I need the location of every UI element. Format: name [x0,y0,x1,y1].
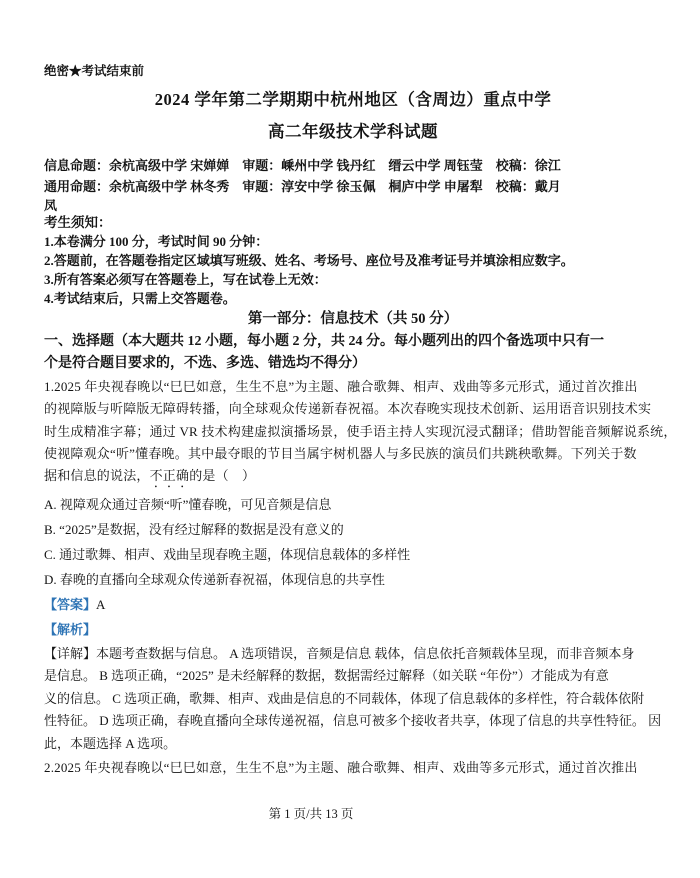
detail-line2: 是信息。 B 选项正确，“2025” 是未经解释的数据，数据需经过解释（如关联 … [44,668,662,683]
question1-emphasis-incorrect: 不正确 [150,468,190,483]
option-c: C. 通过歌舞、相声、戏曲呈现春晚主题，体现信息载体的多样性 [44,547,662,562]
exam-document-page: 绝密★考试结束前 2024 学年第二学期期中杭州地区（含周边）重点中学 高二年级… [0,0,700,878]
detail-line1: 【详解】本题考查数据与信息。 A 选项错误，音频是信息 载体，信息依托音频载体呈… [44,646,662,661]
committee-line-general: 通用命题：余杭高级中学 林冬秀 审题：淳安中学 徐玉佩 桐庐中学 申屠犁 校稿：… [44,179,662,194]
exam-title-line1: 2024 学年第二学期期中杭州地区（含周边）重点中学 [44,92,662,107]
detail-line5: 此，本题选择 A 选项。 [44,736,662,751]
part1-heading: 第一部分：信息技术（共 50 分） [44,312,662,327]
question1-line1: 1.2025 年央视春晚以“巳巳如意，生生不息”为主题、融合歌舞、相声、戏曲等多… [44,379,662,394]
question1-line3: 时生成精准字幕；通过 VR 技术构建虚拟演播场景，使手语主持人实现沉浸式翻译；借… [44,424,662,439]
page-content: 绝密★考试结束前 2024 学年第二学期期中杭州地区（含周边）重点中学 高二年级… [44,0,662,878]
option-d: D. 春晚的直播向全球观众传递新春祝福，体现信息的共享性 [44,572,662,587]
answer-label: 【答案】 [44,597,96,612]
section-intro-line2: 个是符合题目要求的，不选、多选、错选均不得分） [44,356,662,371]
secret-label: 绝密★考试结束前 [44,64,662,79]
answer-value: A [96,597,105,612]
page-number-footer: 第 1 页/共 13 页 [2,804,620,822]
question1-line5: 据和信息的说法，不正确的是（ ） [44,468,662,491]
notice-item-1: 1.本卷满分 100 分，考试时间 90 分钟： [44,234,662,249]
question1-line5-prefix: 据和信息的说法， [44,468,150,483]
section-intro-line1: 一、选择题（本大题共 12 小题，每小题 2 分，共 24 分。每小题列出的四个… [44,334,662,349]
analysis-label: 【解析】 [44,622,662,637]
notice-item-3: 3.所有答案必须写在答题卷上，写在试卷上无效： [44,272,662,287]
detail-line4: 性特征。 D 选项正确，春晚直播向全球传递祝福，信息可被多个接收者共享，体现了信… [44,713,662,728]
exam-title-line2: 高二年级技术学科试题 [44,124,662,139]
committee-line-wrap: 凤 [44,198,662,213]
notice-item-2: 2.答题前，在答题卷指定区域填写班级、姓名、考场号、座位号及准考证号并填涂相应数… [44,253,662,268]
option-b: B. “2025”是数据，没有经过解释的数据是没有意义的 [44,522,662,537]
option-a: A. 视障观众通过音频“听”懂春晚，可见音频是信息 [44,497,662,512]
question1-line4: 使视障观众“听”懂春晚。其中最夺眼的节目当属宇树机器人与多民族的演员们共跳秧歌舞… [44,446,662,461]
committee-line-info: 信息命题：余杭高级中学 宋婵婵 审题：嵊州中学 钱丹红 缙云中学 周钰莹 校稿：… [44,158,662,173]
detail-line3: 义的信息。 C 选项正确，歌舞、相声、戏曲是信息的不同载体，体现了信息载体的多样… [44,691,662,706]
question1-line2: 的视障版与听障版无障碍转播，向全球观众传递新春祝福。本次春晚实现技术创新、运用语… [44,401,662,416]
notice-heading: 考生须知： [44,215,662,230]
notice-item-4: 4.考试结束后，只需上交答题卷。 [44,291,662,306]
answer-line: 【答案】A [44,597,662,612]
question2-preview-line: 2.2025 年央视春晚以“巳巳如意，生生不息”为主题、融合歌舞、相声、戏曲等多… [44,760,662,775]
question1-line5-suffix: 的是（ ） [189,468,255,483]
